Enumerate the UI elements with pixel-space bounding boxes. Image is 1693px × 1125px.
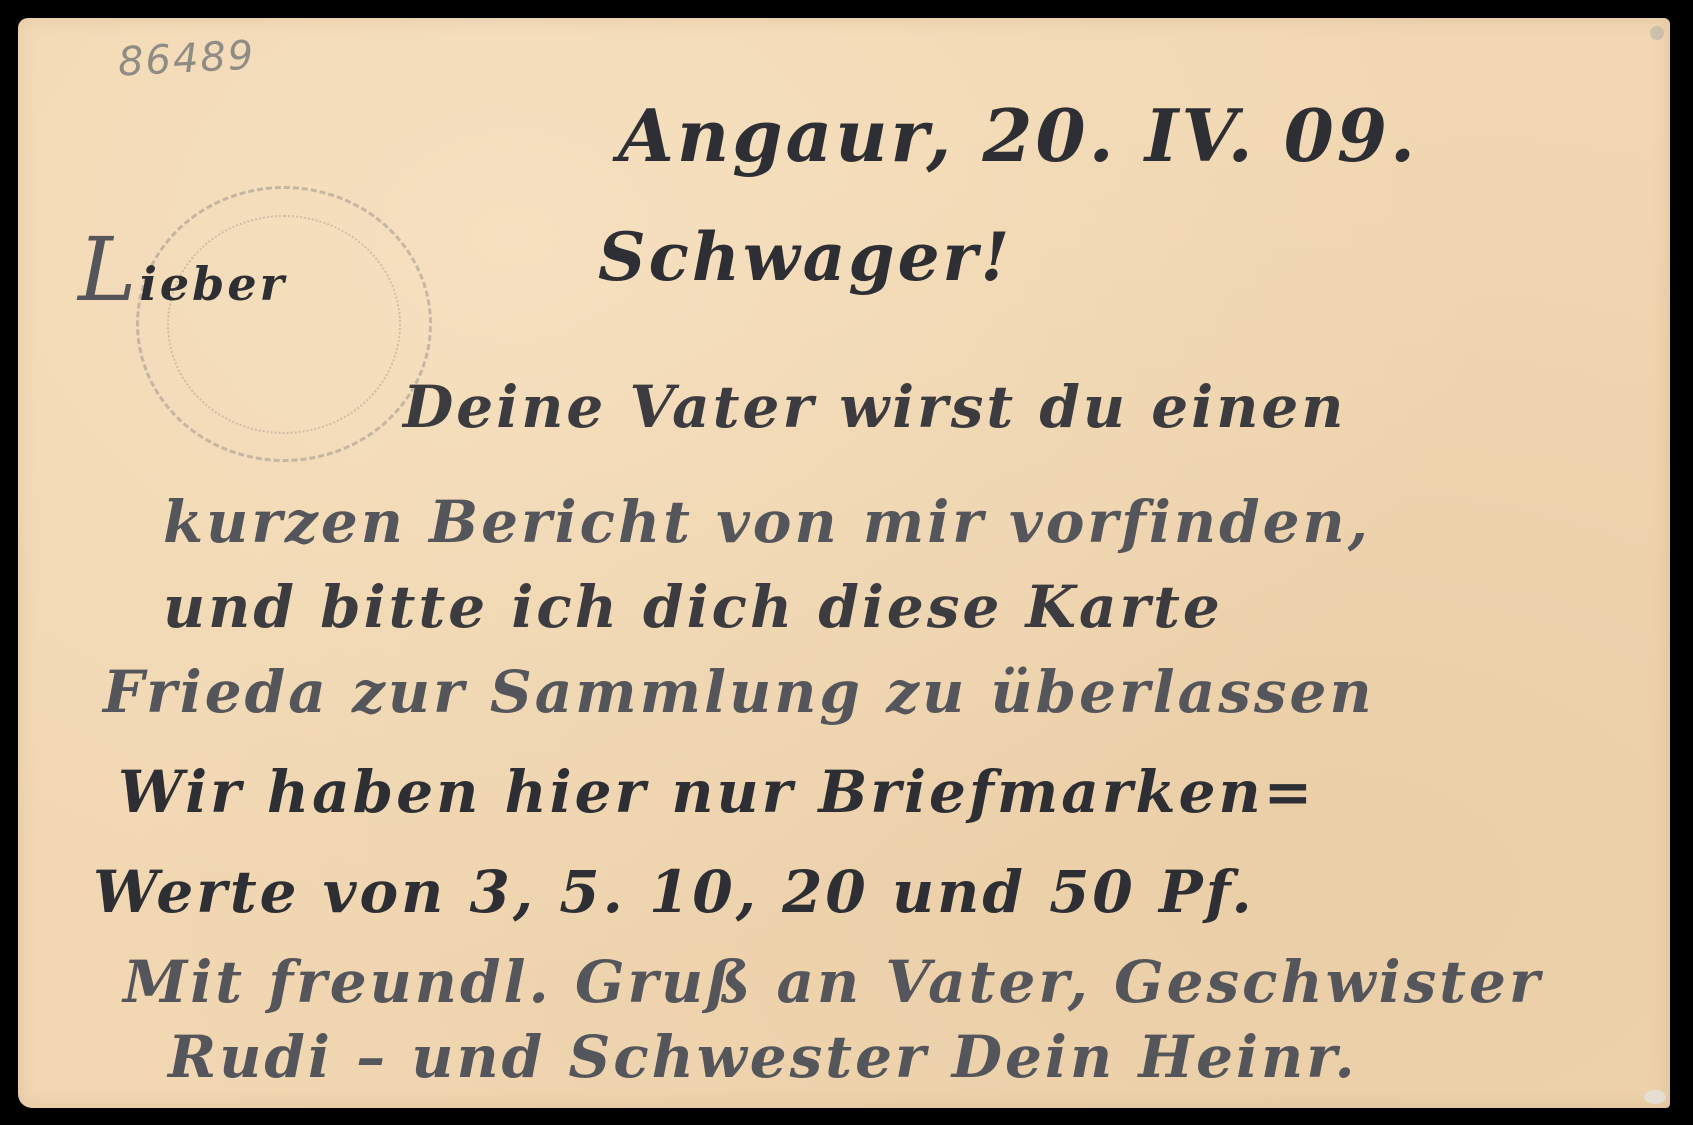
body-line: kurzen Bericht von mir vorfinden, bbox=[163, 488, 1371, 556]
body-line: Frieda zur Sammlung zu überlassen bbox=[103, 658, 1375, 726]
salutation-second: Schwager! bbox=[598, 218, 1012, 296]
body-line: Deine Vater wirst du einen bbox=[403, 373, 1346, 441]
archive-number: 86489 bbox=[117, 32, 256, 85]
body-line: Werte von 3, 5. 10, 20 und 50 Pf. bbox=[93, 858, 1255, 926]
closing-line: Mit freundl. Gruß an Vater, Geschwister bbox=[123, 948, 1543, 1016]
place-date: Angaur, 20. IV. 09. bbox=[618, 93, 1418, 178]
body-line: Wir haben hier nur Briefmarken= bbox=[118, 758, 1315, 826]
postcard: 86489 Angaur, 20. IV. 09. Lieber Schwage… bbox=[18, 18, 1670, 1108]
salutation-rest: ieber bbox=[139, 257, 286, 311]
corner-wear-mark bbox=[1650, 26, 1664, 40]
body-line: und bitte ich dich diese Karte bbox=[163, 573, 1223, 641]
signature-line: Rudi – und Schwester Dein Heinr. bbox=[168, 1023, 1358, 1091]
corner-wear-mark-bottom bbox=[1644, 1090, 1666, 1104]
salutation-initial: L bbox=[78, 218, 139, 321]
salutation-first: Lieber bbox=[78, 218, 287, 321]
